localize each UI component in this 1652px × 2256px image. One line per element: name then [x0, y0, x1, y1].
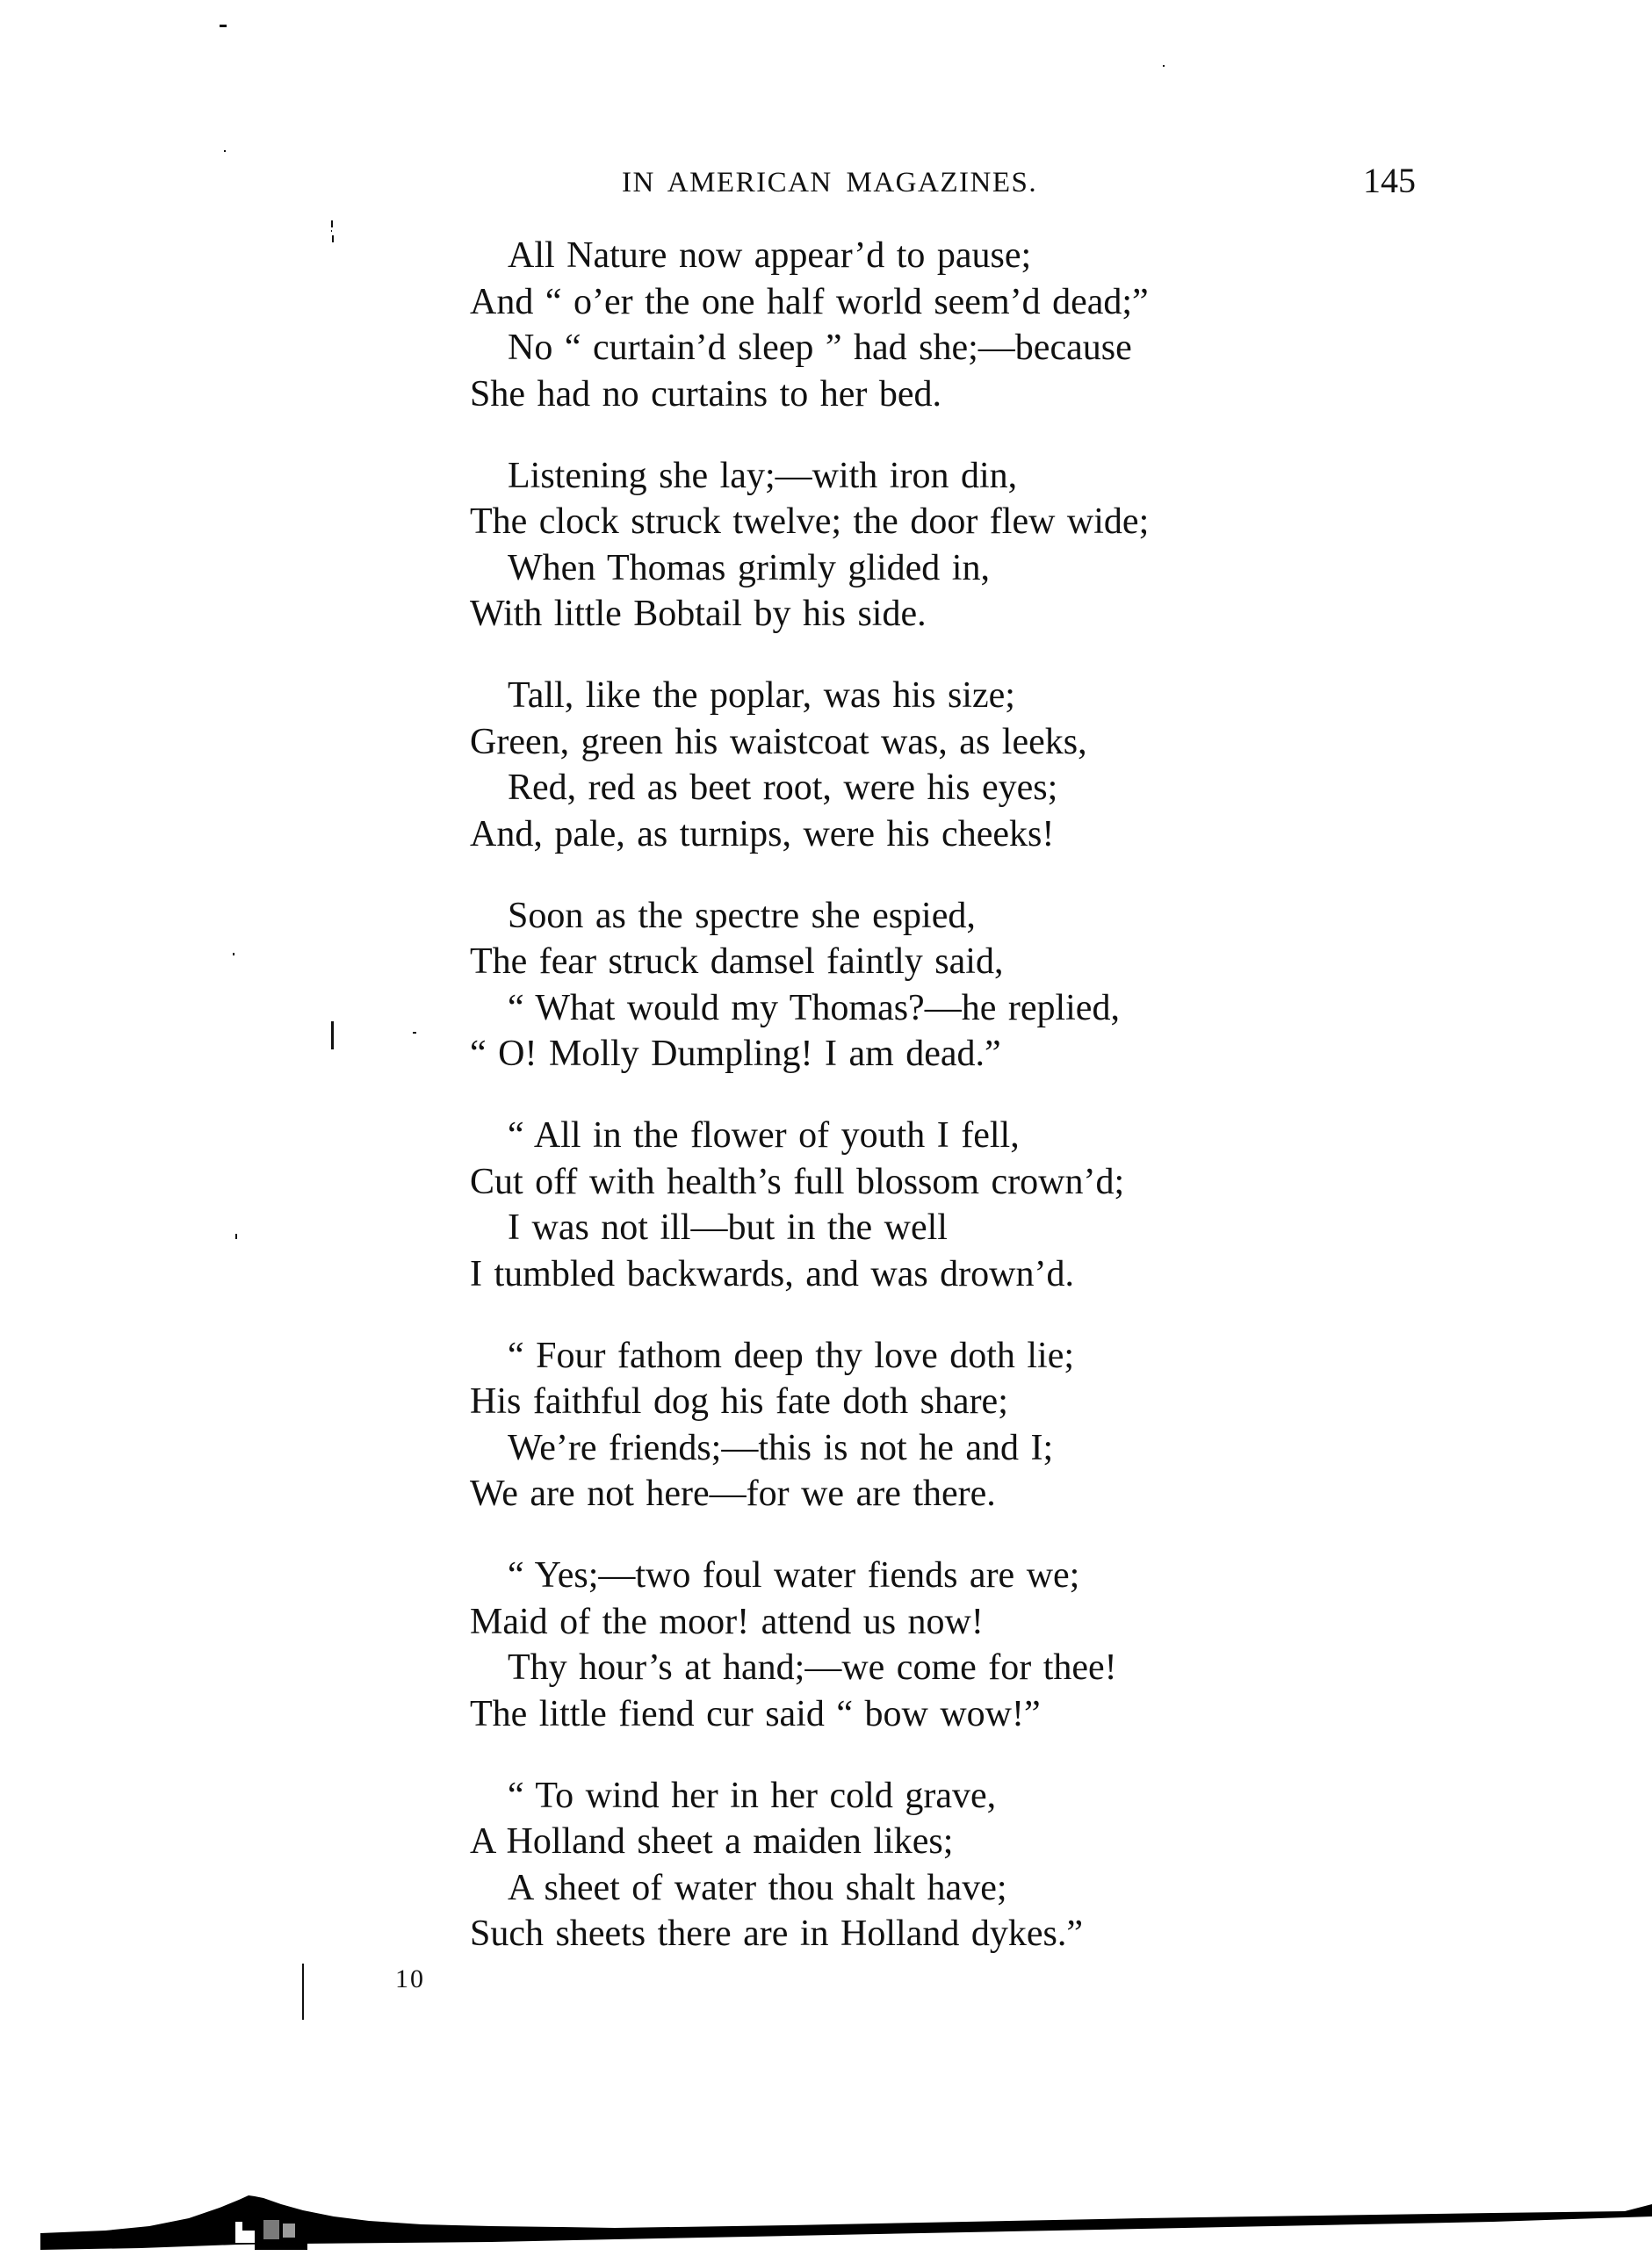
poem-line: The little fiend cur said “ bow wow!”	[470, 1691, 1436, 1738]
poem-line: Thy hour’s at hand;—we come for thee!	[470, 1645, 1436, 1691]
poem-line: A Holland sheet a maiden likes;	[470, 1819, 1436, 1865]
book-page: IN AMERICAN MAGAZINES. 145 All Nature no…	[0, 0, 1652, 2256]
poem-line: We’re friends;—this is not he and I;	[470, 1425, 1436, 1472]
margin-dot	[413, 1032, 416, 1034]
stanza: Listening she lay;—with iron din, The cl…	[470, 453, 1436, 674]
stanza: Tall, like the poplar, was his size; Gre…	[470, 673, 1436, 893]
poem-line: I was not ill—but in the well	[470, 1205, 1436, 1251]
margin-rule-left	[302, 1964, 304, 2020]
poem-line: No “ curtain’d sleep ” had she;—because	[470, 325, 1436, 371]
poem-line: The clock struck twelve; the door flew w…	[470, 499, 1436, 545]
scan-edge-shadow	[0, 2178, 1652, 2256]
signature-mark: 10	[395, 1965, 425, 1993]
stanza: “ Yes;—two foul water fiends are we; Mai…	[470, 1553, 1436, 1773]
poem-line: And, pale, as turnips, were his cheeks!	[470, 811, 1436, 858]
page-number: 145	[1363, 162, 1416, 200]
scan-speck-top-left	[220, 25, 227, 27]
margin-tick	[331, 220, 333, 227]
poem-line: “ Four fathom deep thy love doth lie;	[470, 1333, 1436, 1380]
stanza: “ All in the flower of youth I fell, Cut…	[470, 1113, 1436, 1333]
poem-line: “ To wind her in her cold grave,	[470, 1773, 1436, 1820]
poem-line: The fear struck damsel faintly said,	[470, 939, 1436, 985]
poem-line: Green, green his waistcoat was, as leeks…	[470, 719, 1436, 766]
stanza: All Nature now appear’d to pause; And “ …	[470, 233, 1436, 453]
poem-line: Listening she lay;—with iron din,	[470, 453, 1436, 500]
margin-dot	[224, 150, 226, 152]
running-title: IN AMERICAN MAGAZINES.	[622, 163, 1037, 202]
stanza: “ Four fathom deep thy love doth lie; Hi…	[470, 1333, 1436, 1553]
poem-line: With little Bobtail by his side.	[470, 591, 1436, 638]
poem-line: “ O! Molly Dumpling! I am dead.”	[470, 1031, 1436, 1078]
poem-line: “ All in the flower of youth I fell,	[470, 1113, 1436, 1159]
poem-line: When Thomas grimly glided in,	[470, 545, 1436, 592]
poem-line: Soon as the spectre she espied,	[470, 893, 1436, 940]
poem-line: Red, red as beet root, were his eyes;	[470, 765, 1436, 811]
poem-line: Cut off with health’s full blossom crown…	[470, 1159, 1436, 1206]
margin-dot	[1163, 65, 1165, 67]
stanza: Soon as the spectre she espied, The fear…	[470, 893, 1436, 1114]
poem-line: A sheet of water thou shalt have;	[470, 1865, 1436, 1912]
poem-line: All Nature now appear’d to pause;	[470, 233, 1436, 279]
poem-line: Such sheets there are in Holland dykes.”	[470, 1911, 1436, 1957]
poem-line: His faithful dog his fate doth share;	[470, 1379, 1436, 1425]
poem-line: I tumbled backwards, and was drown’d.	[470, 1251, 1436, 1298]
poem-line: Tall, like the poplar, was his size;	[470, 673, 1436, 719]
poem-body: All Nature now appear’d to pause; And “ …	[470, 233, 1436, 1993]
poem-line: Maid of the moor! attend us now!	[470, 1599, 1436, 1646]
poem-line: We are not here—for we are there.	[470, 1471, 1436, 1517]
poem-line: And “ o’er the one half world seem’d dea…	[470, 279, 1436, 326]
margin-dot	[233, 953, 234, 955]
poem-line: She had no curtains to her bed.	[470, 371, 1436, 418]
poem-line: “ Yes;—two foul water fiends are we;	[470, 1553, 1436, 1599]
margin-tick	[331, 1021, 334, 1049]
margin-tick	[332, 235, 334, 242]
stanza: “ To wind her in her cold grave, A Holla…	[470, 1773, 1436, 1993]
margin-tick	[331, 230, 332, 232]
margin-dot	[235, 1234, 237, 1239]
poem-line: “ What would my Thomas?—he replied,	[470, 985, 1436, 1032]
